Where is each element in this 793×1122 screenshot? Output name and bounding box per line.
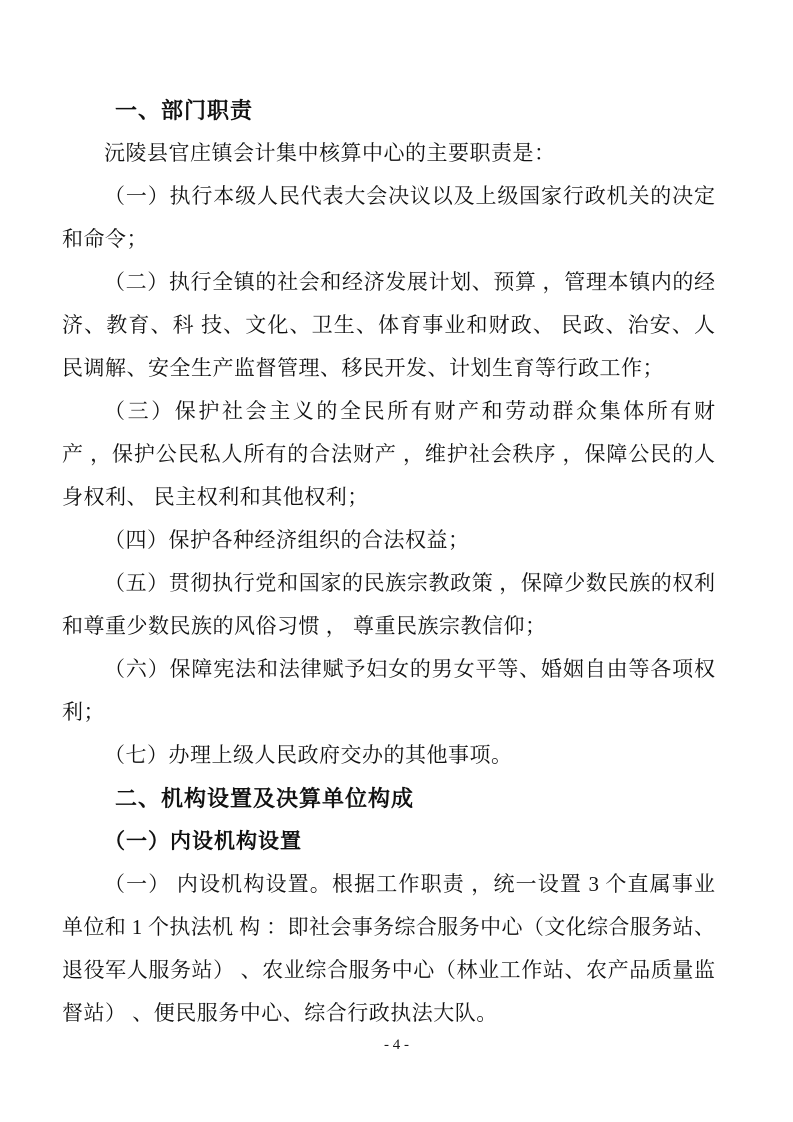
paragraph-line: （五）贯彻执行党和国家的民族宗教政策 ，保障少数民族的权利 <box>62 562 715 605</box>
paragraph-line: （一）执行本级人民代表大会决议以及上级国家行政机关的决定 <box>62 175 715 218</box>
section-heading: 二、机构设置及决算单位构成 <box>62 777 715 820</box>
document-page: 一、部门职责 沅陵县官庄镇会计集中核算中心的主要职责是： （一）执行本级人民代表… <box>0 0 793 1122</box>
paragraph-line: 单位和 1 个执法机 构 ：即社会事务综合服务中心（文化综合服务站、 <box>62 906 715 949</box>
paragraph-line: 沅陵县官庄镇会计集中核算中心的主要职责是： <box>62 132 715 175</box>
paragraph-line: （二）执行全镇的社会和经济发展计划、预算 ，管理本镇内的经 <box>62 261 715 304</box>
paragraph-line: （七）办理上级人民政府交办的其他事项。 <box>62 734 715 777</box>
paragraph-line: 民调解、安全生产监督管理、移民开发、计划生育等行政工作； <box>62 347 715 390</box>
page-number: - 4 - <box>384 1037 409 1053</box>
paragraph-line: （三）保护社会主义的全民所有财产和劳动群众集体所有财 <box>62 390 715 433</box>
subsection-heading: （一）内设机构设置 <box>62 820 715 863</box>
paragraph-line: 和命令； <box>62 218 715 261</box>
paragraph-line: 济、教育、科 技、文化、卫生、体育事业和财政、 民政、治安、人 <box>62 304 715 347</box>
page-footer: - 4 - <box>0 1035 793 1055</box>
paragraph-line: （六）保障宪法和法律赋予妇女的男女平等、婚姻自由等各项权 <box>62 648 715 691</box>
paragraph-line: 产 ，保护公民私人所有的合法财产 ，维护社会秩序 ，保障公民的人 <box>62 433 715 476</box>
paragraph-line: 和尊重少数民族的风俗习惯 ， 尊重民族宗教信仰； <box>62 605 715 648</box>
section-heading: 一、部门职责 <box>62 89 715 132</box>
paragraph-line: 督站） 、便民服务中心、综合行政执法大队。 <box>62 992 715 1035</box>
paragraph-line: 利； <box>62 691 715 734</box>
paragraph-line: 退役军人服务站） 、农业综合服务中心（林业工作站、农产品质量监 <box>62 949 715 992</box>
paragraph-line: （四）保护各种经济组织的合法权益； <box>62 519 715 562</box>
paragraph-line: （一） 内设机构设置。根据工作职责 ，统一设置 3 个直属事业 <box>62 863 715 906</box>
document-body: 一、部门职责 沅陵县官庄镇会计集中核算中心的主要职责是： （一）执行本级人民代表… <box>62 89 715 1035</box>
paragraph-line: 身权利、 民主权利和其他权利； <box>62 476 715 519</box>
